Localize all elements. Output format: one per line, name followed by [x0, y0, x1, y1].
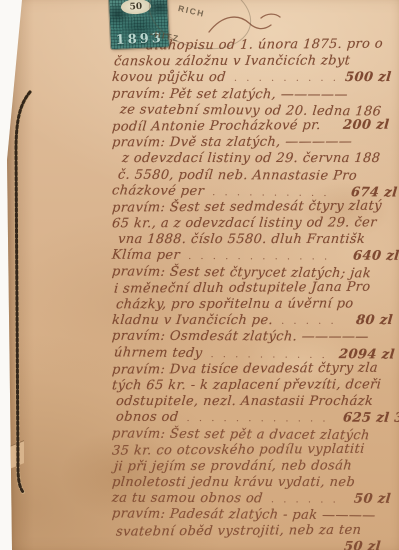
manuscript-line: cházky, pro spořitelnu a úvěrní po — [0, 296, 399, 314]
dot-leader: . . . . . . . . . . . . . . . . . . . . — [212, 187, 335, 199]
dot-leader: . . . . . . . . . . . . . . . . . . . . — [186, 413, 335, 425]
line-amount: 200 zl — [342, 117, 390, 132]
manuscript-line: kovou půjčku od . . . . . . . . . . . . … — [0, 70, 399, 86]
line-amount: 80 zl — [355, 313, 393, 328]
line-text: pravím: Dva tisíce devadesát čtyry zla — [111, 360, 378, 377]
line-text: svatební oběd vystrojiti, neb za ten — [115, 522, 362, 539]
revenue-stamp: 50 1893 — [109, 0, 169, 49]
line-text: úhrnem tedy — [113, 345, 203, 361]
line-text: za tu samou obnos od — [111, 491, 263, 507]
manuscript-line: čanskou záložnu v Ivančicích zbyt — [0, 53, 399, 71]
line-text: pravím: Šest set sedmdesát čtyry zlatý — [111, 198, 382, 215]
manuscript-line: plnoletosti jednu krávu vydati, neb — [0, 475, 399, 491]
line-text: pravím: Šest set čtyrycet zlatých; jak — [111, 264, 371, 281]
line-text: plnoletosti jednu krávu vydati, neb — [111, 475, 355, 490]
dot-leader: . . . . . . . . . . . . . . . . . . . . — [188, 251, 335, 263]
line-text: vna 1888. číslo 5580. dluh Františk — [117, 232, 365, 247]
manuscript-line: tých 65 kr. - k zaplacení převzíti, dceř… — [0, 377, 399, 395]
line-amount: 50 zl — [353, 492, 391, 507]
manuscript-line: pravím: Osmdesát zlatých. ————— — [0, 329, 399, 347]
manuscript-line: 65 kr., a z odevzdací listiny od 29. čer — [0, 215, 399, 233]
line-text: pravím: Osmdesát zlatých. ————— — [111, 329, 369, 345]
line-text: kovou půjčku od — [111, 70, 226, 85]
line-text: ze svatební smlouvy od 20. ledna 186 — [119, 102, 382, 119]
line-text: kladnu v Ivančicích pe. — [111, 313, 273, 328]
dot-leader: . . . . . . . . . . . . . . . . . . . . — [210, 349, 335, 361]
line-text: Klíma per — [111, 248, 180, 263]
dot-leader: . . . . . . . . . . . . . . . . . . . . — [281, 316, 335, 327]
manuscript-lines: dluhopisu od 1. února 1875. pro o čansko… — [0, 38, 399, 550]
line-text: cházky, pro spořitelnu a úvěrní po — [115, 296, 354, 312]
line-text: podíl Antonie Procházkové pr. — [111, 118, 321, 135]
line-text: cházkové per — [111, 183, 205, 199]
line-text: pravím: Dvě sta zlatých, ————— — [111, 135, 353, 151]
line-text: dluhopisu od 1. února 1875. pro o — [145, 37, 383, 54]
manuscript-line: z odevzdací listiny od 29. června 188 — [0, 151, 399, 167]
line-amount: 50 zl — [343, 539, 381, 550]
line-text: i směneční dluh odstupitele Jana Pro — [113, 279, 371, 296]
line-text: z odevzdací listiny od 29. června 188 — [121, 151, 381, 166]
manuscript-line: kladnu v Ivančicích pe. . . . . . . . . … — [0, 313, 399, 329]
line-text: pravím: Padesát zlatých - pak ———— — [111, 507, 376, 524]
dot-leader: . . . . . . . . . . . . . . . . . . . . — [271, 495, 335, 506]
line-amount: 640 zl — [352, 249, 399, 264]
manuscript-line: svatební oběd vystrojiti, neb za ten — [0, 522, 399, 541]
pen-flourish-icon — [205, 8, 285, 38]
line-text: 35 kr. co otcovského podílu vyplatiti — [111, 441, 365, 458]
line-text: pravím: Šest set pět a dvacet zlatých — [111, 426, 370, 443]
stamp-denomination-oval: 50 — [121, 0, 152, 15]
manuscript-line: pravím: Pět set zlatých, ————— — [0, 86, 399, 104]
manuscript-line: 50 zl — [0, 539, 399, 550]
dot-leader: . . . . . . . . . . . . . . . . . . . . — [234, 73, 335, 84]
line-text: pravím: Pět set zlatých, ————— — [111, 86, 348, 102]
photographed-document: 50 1893 RICH -HITZ dluhopisu od 1. února… — [0, 0, 399, 550]
manuscript-line: Klíma per . . . . . . . . . . . . . . . … — [0, 248, 399, 266]
line-text: 65 kr., a z odevzdací listiny od 29. čer — [111, 215, 377, 231]
line-text: odstupitele, nezl. Anastasii Procházk — [115, 394, 374, 409]
stamp-denomination: 50 — [129, 1, 142, 12]
line-text: obnos od — [115, 410, 179, 425]
manuscript-line: ji při jejím se provdání, neb dosáh — [0, 458, 399, 476]
line-amount: 625 zl 35 — [342, 411, 399, 426]
manuscript-line: č. 5580, podíl neb. Annastasie Pro — [0, 167, 399, 185]
line-text: tých 65 kr. - k zaplacení převzíti, dceř… — [111, 377, 382, 393]
manuscript-line: odstupitele, nezl. Anastasii Procházk — [0, 394, 399, 410]
line-text: č. 5580, podíl neb. Annastasie Pro — [117, 167, 357, 183]
line-amount: 500 zl — [344, 70, 392, 85]
manuscript-line: vna 1888. číslo 5580. dluh Františk — [0, 232, 399, 248]
manuscript-line: pravím: Dvě sta zlatých, ————— — [0, 134, 399, 152]
manuscript-line: obnos od . . . . . . . . . . . . . . . .… — [0, 410, 399, 428]
line-text: ji při jejím se provdání, neb dosáh — [113, 458, 352, 474]
line-text: čanskou záložnu v Ivančicích zbyt — [113, 54, 351, 70]
